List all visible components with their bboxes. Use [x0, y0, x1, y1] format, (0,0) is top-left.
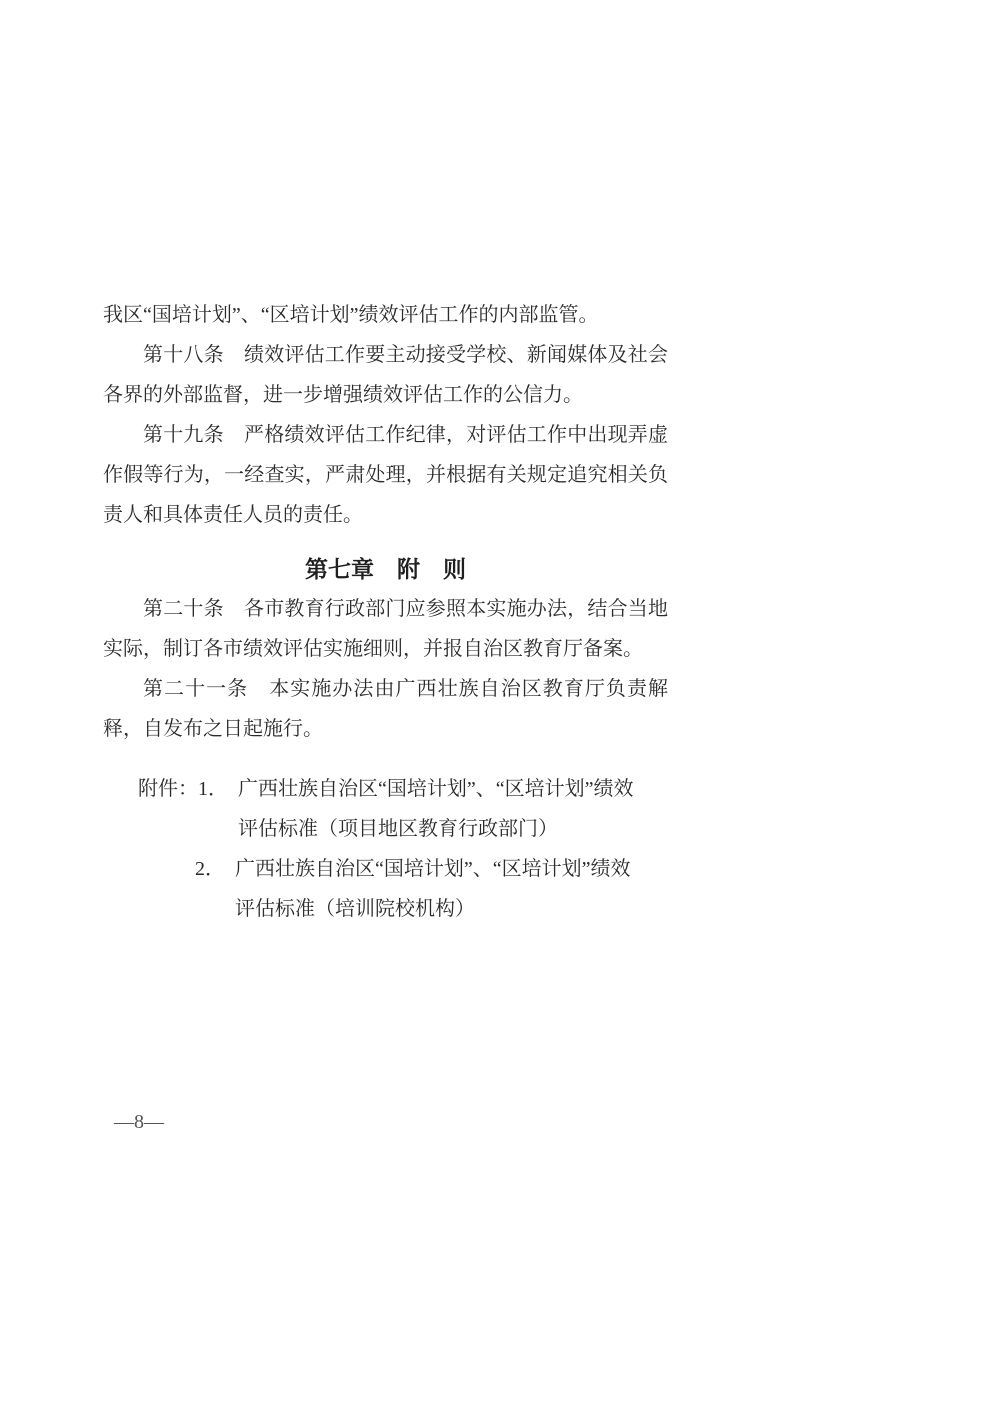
- attachments-label: 附件：: [138, 769, 198, 809]
- paragraph-article-19: 第十九条 严格绩效评估工作纪律，对评估工作中出现弄虚作假等行为，一经查实，严肃处…: [103, 415, 668, 535]
- document-page: 我区“国培计划”、“区培计划”绩效评估工作的内部监管。 第十八条 绩效评估工作要…: [0, 0, 993, 1404]
- attachment-2-line-2: 评估标准（培训院校机构）: [235, 898, 475, 920]
- attachment-2-number: 2．: [195, 849, 235, 889]
- attachment-item-2: 2． 广西壮族自治区“国培计划”、“区培计划”绩效 评估标准（培训院校机构）: [138, 849, 668, 929]
- chapter-heading: 第七章 附 则: [103, 549, 668, 589]
- content-area: 我区“国培计划”、“区培计划”绩效评估工作的内部监管。 第十八条 绩效评估工作要…: [103, 295, 668, 929]
- paragraph-article-20: 第二十条 各市教育行政部门应参照本实施办法，结合当地实际，制订各市绩效评估实施细…: [103, 589, 668, 669]
- page-number: —8—: [114, 1108, 164, 1136]
- attachment-1-line-2: 评估标准（项目地区教育行政部门）: [238, 818, 558, 840]
- paragraph-article-21: 第二十一条 本实施办法由广西壮族自治区教育厅负责解释，自发布之日起施行。: [103, 669, 668, 749]
- attachments-block: 附件： 1． 广西壮族自治区“国培计划”、“区培计划”绩效 评估标准（项目地区教…: [103, 769, 668, 929]
- paragraph-article-18: 第十八条 绩效评估工作要主动接受学校、新闻媒体及社会各界的外部监督，进一步增强绩…: [103, 335, 668, 415]
- attachment-1-line-1: 广西壮族自治区“国培计划”、“区培计划”绩效: [238, 778, 634, 800]
- attachment-2-text: 广西壮族自治区“国培计划”、“区培计划”绩效 评估标准（培训院校机构）: [235, 849, 668, 929]
- attachment-item-1: 附件： 1． 广西壮族自治区“国培计划”、“区培计划”绩效 评估标准（项目地区教…: [138, 769, 668, 849]
- paragraph-continuation: 我区“国培计划”、“区培计划”绩效评估工作的内部监管。: [103, 295, 668, 335]
- attachment-2-line-1: 广西壮族自治区“国培计划”、“区培计划”绩效: [235, 858, 631, 880]
- attachment-1-number: 1．: [198, 769, 238, 809]
- attachment-1-text: 广西壮族自治区“国培计划”、“区培计划”绩效 评估标准（项目地区教育行政部门）: [238, 769, 668, 849]
